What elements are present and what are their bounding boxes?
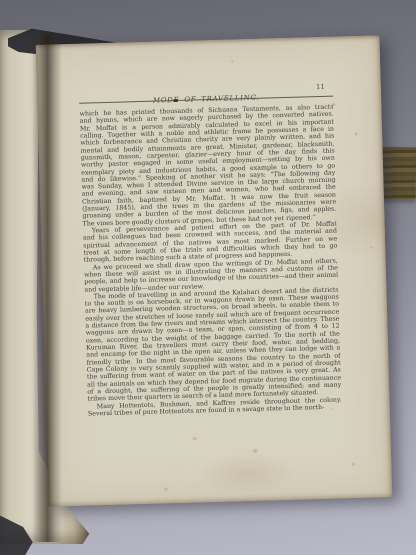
book-page: MODE OF TRAVELLING. 11 which he has prin… [36,35,393,506]
photo-background: MODE OF TRAVELLING. 11 which he has prin… [0,0,416,555]
page-text: which he has printed thousands of Sichua… [79,104,341,418]
page-number: 11 [316,83,325,91]
